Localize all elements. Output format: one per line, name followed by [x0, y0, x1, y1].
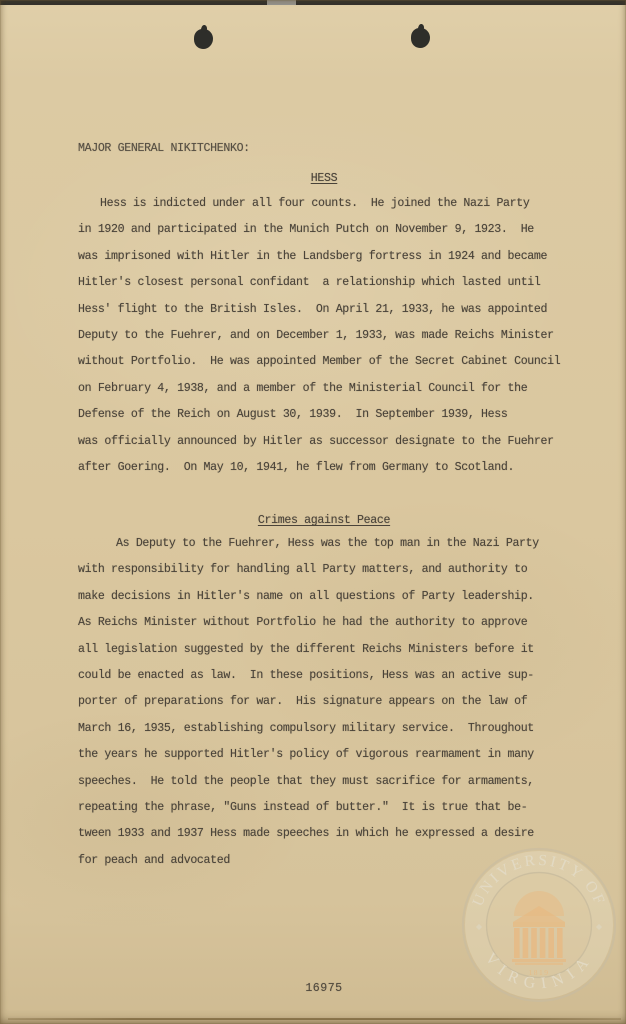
scan-background-bar	[0, 0, 626, 5]
typed-line: porter of preparations for war. His sign…	[78, 689, 570, 715]
page-bottom-edge	[8, 1018, 621, 1020]
section-title-hess: HESS	[78, 166, 570, 192]
typed-line: could be enacted as law. In these positi…	[78, 663, 570, 689]
typed-line: speeches. He told the people that they m…	[78, 769, 570, 795]
typed-line: As Reichs Minister without Portfolio he …	[78, 610, 570, 636]
typed-line: was imprisoned with Hitler in the Landsb…	[78, 244, 570, 270]
typed-line: make decisions in Hitler's name on all q…	[78, 584, 570, 610]
typed-line: with responsibility for handling all Par…	[78, 557, 570, 583]
typed-line: without Portfolio. He was appointed Memb…	[78, 349, 570, 375]
typed-line: was officially announced by Hitler as su…	[78, 429, 570, 455]
typed-line: after Goering. On May 10, 1941, he flew …	[78, 455, 570, 481]
paragraph-crimes-against-peace: As Deputy to the Fuehrer, Hess was the t…	[78, 531, 570, 874]
paragraph-hess: Hess is indicted under all four counts. …	[78, 191, 570, 481]
typed-line: in 1920 and participated in the Munich P…	[78, 217, 570, 243]
typed-line: As Deputy to the Fuehrer, Hess was the t…	[78, 531, 570, 557]
typed-line: Defense of the Reich on August 30, 1939.…	[78, 402, 570, 428]
binder-tab	[267, 0, 296, 5]
typed-line: for peach and advocated	[78, 848, 570, 874]
typed-line: tween 1933 and 1937 Hess made speeches i…	[78, 821, 570, 847]
typed-line: Hess is indicted under all four counts. …	[78, 191, 570, 217]
typed-document: MAJOR GENERAL NIKITCHENKO: HESS Hess is …	[78, 0, 570, 1024]
page-number: 16975	[78, 976, 570, 1002]
typed-line: the years he supported Hitler's policy o…	[78, 742, 570, 768]
officer-heading: MAJOR GENERAL NIKITCHENKO:	[78, 136, 250, 162]
typed-line: Hess' flight to the British Isles. On Ap…	[78, 297, 570, 323]
typed-line: Deputy to the Fuehrer, and on December 1…	[78, 323, 570, 349]
typed-line: Hitler's closest personal confidant a re…	[78, 270, 570, 296]
typed-line: March 16, 1935, establishing compulsory …	[78, 716, 570, 742]
typed-line: all legislation suggested by the differe…	[78, 637, 570, 663]
document-page: 1819 UNIVERSITY OF VIRGINIA MAJOR GENERA…	[0, 0, 626, 1024]
typed-line: repeating the phrase, "Guns instead of b…	[78, 795, 570, 821]
typed-line: on February 4, 1938, and a member of the…	[78, 376, 570, 402]
